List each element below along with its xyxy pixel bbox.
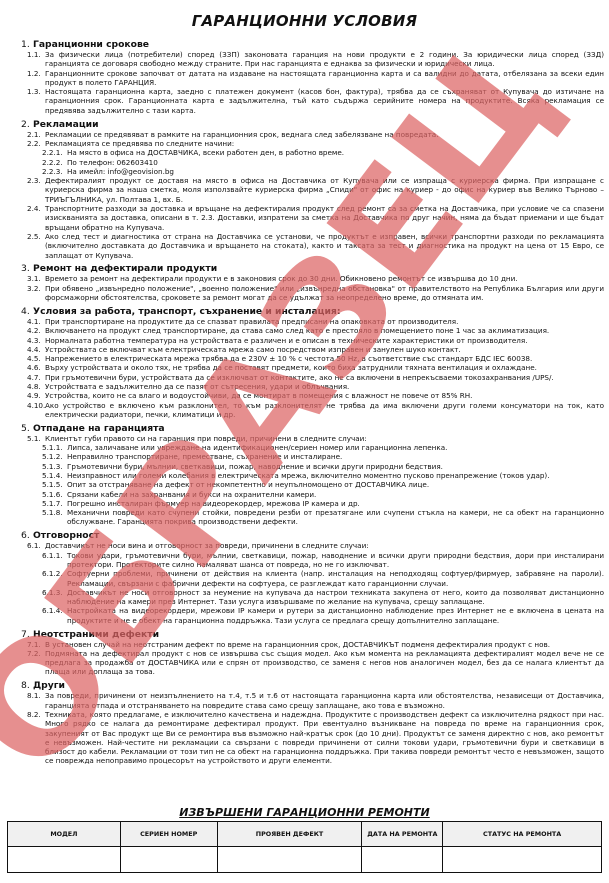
item-text: Клиентът губи правото си на гаранция при… bbox=[45, 434, 604, 443]
section-heading-text: Ремонт на дефектирали продукти bbox=[33, 263, 217, 274]
item-number: 4.9. bbox=[27, 391, 45, 400]
item-number: 4.3. bbox=[27, 336, 45, 345]
item-number: 6.1.1. bbox=[42, 551, 67, 570]
section-number: 4. bbox=[21, 306, 33, 317]
list-item: 2.4.Транспортните разходи за доставка и … bbox=[21, 204, 604, 232]
section-number: 1. bbox=[21, 39, 33, 50]
item-text: Гаранционните срокове започват от датата… bbox=[45, 69, 604, 88]
item-text: На място в офиса на ДОСТАВЧИКА, всеки ра… bbox=[67, 148, 604, 157]
item-text: Механични повреди като счупени стойки, п… bbox=[67, 508, 604, 527]
list-item: 5.1.2.Неправилно транспортиране, премест… bbox=[21, 452, 604, 461]
item-number: 4.10. bbox=[27, 401, 45, 420]
section-heading-text: Рекламации bbox=[33, 119, 99, 130]
section-4: 4.Условия за работа, транспорт, съхранен… bbox=[21, 306, 604, 419]
item-text: Токови удари, гръмотевични бури, мълнии,… bbox=[67, 551, 604, 570]
cell-model[interactable] bbox=[8, 847, 121, 873]
item-text: Погрешно инсталиран фърмуер на видеореко… bbox=[67, 499, 604, 508]
list-item: 4.7.При гръмотевични бури, устройствата … bbox=[21, 373, 604, 382]
section-1: 1.Гаранционни срокове1.1.За физически ли… bbox=[21, 39, 604, 115]
list-item: 5.1.Клиентът губи правото си на гаранция… bbox=[21, 434, 604, 443]
item-number: 4.4. bbox=[27, 345, 45, 354]
item-text: Подмяната на дефектирал продукт с нов се… bbox=[45, 649, 604, 677]
item-text: Напрежението в електрическата мрежа тряб… bbox=[45, 354, 604, 363]
item-text: Неизправност или големи колебания в елек… bbox=[67, 471, 604, 480]
list-item: 6.1.Доставчикът не носи вина и отговорно… bbox=[21, 541, 604, 550]
section-8: 8.Други8.1.За повреди, причинени от неиз… bbox=[21, 680, 604, 765]
repairs-table-header: МОДЕЛ СЕРИЕН НОМЕР ПРОЯВЕН ДЕФЕКТ ДАТА Н… bbox=[8, 822, 602, 847]
list-item: 7.1.В установен случай на неотстраним де… bbox=[21, 640, 604, 649]
item-text: Включването на продукт след транспортира… bbox=[45, 326, 604, 335]
list-item: 4.10.Ако устройство е включено към разкл… bbox=[21, 401, 604, 420]
item-text: За повреди, причинени от неизпълнението … bbox=[45, 691, 604, 710]
repairs-table-title: ИЗВЪРШЕНИ ГАРАНЦИОННИ РЕМОНТИ bbox=[0, 806, 609, 819]
item-number: 6.1.3. bbox=[42, 588, 67, 607]
item-number: 4.2. bbox=[27, 326, 45, 335]
item-text: Върху устройствата и около тях, не трябв… bbox=[45, 363, 604, 372]
item-number: 5.1.8. bbox=[42, 508, 67, 527]
item-text: При гръмотевични бури, устройствата да с… bbox=[45, 373, 604, 382]
item-number: 6.1.2. bbox=[42, 569, 67, 588]
list-item: 2.2.2.По телефон: 062603410 bbox=[21, 158, 604, 167]
section-number: 7. bbox=[21, 629, 33, 640]
item-number: 5.1.6. bbox=[42, 490, 67, 499]
list-item: 8.1.За повреди, причинени от неизпълнени… bbox=[21, 691, 604, 710]
item-text: Липса, заличаване или увреждане на идент… bbox=[67, 443, 604, 452]
item-number: 2.2. bbox=[27, 139, 45, 148]
item-text: Рекламации се предявяват в рамките на га… bbox=[45, 130, 604, 139]
item-text: Срязани кабели на захранвания и букси на… bbox=[67, 490, 604, 499]
list-item: 1.1.За физически лица (потребители) спор… bbox=[21, 50, 604, 69]
item-number: 8.2. bbox=[27, 710, 45, 766]
item-number: 5.1.4. bbox=[42, 471, 67, 480]
list-item: 2.2.1.На място в офиса на ДОСТАВЧИКА, вс… bbox=[21, 148, 604, 157]
section-number: 5. bbox=[21, 423, 33, 434]
section-number: 8. bbox=[21, 680, 33, 691]
list-item: 5.1.8.Механични повреди като счупени сто… bbox=[21, 508, 604, 527]
list-item: 4.4.Устройствата се включват към електри… bbox=[21, 345, 604, 354]
item-number: 2.2.1. bbox=[42, 148, 67, 157]
list-item: 6.1.2.Софтуерни проблеми, причинени от д… bbox=[21, 569, 604, 588]
list-item: 3.1.Времето за ремонт на дефектирали про… bbox=[21, 274, 604, 283]
list-item: 3.2.При обявено „извънредно положение", … bbox=[21, 284, 604, 303]
item-number: 5.1.5. bbox=[42, 480, 67, 489]
list-item: 5.1.5.Опит за отстраняване на дефект от … bbox=[21, 480, 604, 489]
item-number: 2.1. bbox=[27, 130, 45, 139]
item-text: При транспортиране на продуктите да се с… bbox=[45, 317, 604, 326]
list-item: 4.9.Устройства, които не са влаго и водо… bbox=[21, 391, 604, 400]
list-item: 5.1.1.Липса, заличаване или увреждане на… bbox=[21, 443, 604, 452]
item-text: Неправилно транспортиране, преместване, … bbox=[67, 452, 604, 461]
item-text: Устройства, които не са влаго и водоусто… bbox=[45, 391, 604, 400]
list-item: 5.1.7.Погрешно инсталиран фърмуер на вид… bbox=[21, 499, 604, 508]
list-item: 4.1.При транспортиране на продуктите да … bbox=[21, 317, 604, 326]
item-number: 7.2. bbox=[27, 649, 45, 677]
item-text: При обявено „извънредно положение", „вое… bbox=[45, 284, 604, 303]
cell-defect[interactable] bbox=[217, 847, 362, 873]
item-text: Времето за ремонт на дефектирали продукт… bbox=[45, 274, 604, 283]
list-item: 6.1.4.Настройката на видеорекордери, мре… bbox=[21, 606, 604, 625]
item-number: 1.2. bbox=[27, 69, 45, 88]
item-text: Ако след тест и диагностика от страна на… bbox=[45, 232, 604, 260]
list-item: 2.1.Рекламации се предявяват в рамките н… bbox=[21, 130, 604, 139]
item-text: Техниката, която предлагаме, е изключите… bbox=[45, 710, 604, 766]
section-heading: 5.Отпадане на гаранцията bbox=[21, 423, 604, 434]
item-number: 2.5. bbox=[27, 232, 45, 260]
item-number: 3.2. bbox=[27, 284, 45, 303]
cell-serial-number[interactable] bbox=[120, 847, 217, 873]
item-number: 2.2.2. bbox=[42, 158, 67, 167]
item-number: 2.3. bbox=[27, 176, 45, 204]
section-heading-text: Други bbox=[33, 680, 65, 691]
item-text: Доставчикът не носи вина и отговорност з… bbox=[45, 541, 604, 550]
list-item: 2.2.3.На имейл: info@geovision.bg bbox=[21, 167, 604, 176]
section-heading: 8.Други bbox=[21, 680, 604, 691]
section-heading: 6.Отговорност bbox=[21, 530, 604, 541]
col-repair-date: ДАТА НА РЕМОНТА bbox=[362, 822, 443, 847]
warranty-document: ГАРАНЦИОННИ УСЛОВИЯ 1.Гаранционни сроков… bbox=[0, 0, 609, 883]
section-heading-text: Гаранционни срокове bbox=[33, 39, 149, 50]
section-heading-text: Неотстраними дефекти bbox=[33, 629, 159, 640]
item-text: Опит за отстраняване на дефект от некомп… bbox=[67, 480, 604, 489]
list-item: 7.2.Подмяната на дефектирал продукт с но… bbox=[21, 649, 604, 677]
item-number: 1.1. bbox=[27, 50, 45, 69]
list-item: 4.6.Върху устройствата и около тях, не т… bbox=[21, 363, 604, 372]
item-number: 5.1.2. bbox=[42, 452, 67, 461]
item-number: 5.1.1. bbox=[42, 443, 67, 452]
item-text: Нормалната работна температура на устрой… bbox=[45, 336, 604, 345]
list-item: 2.2.Рекламацията се предявява по следнит… bbox=[21, 139, 604, 148]
item-number: 6.1.4. bbox=[42, 606, 67, 625]
col-serial-number: СЕРИЕН НОМЕР bbox=[120, 822, 217, 847]
section-number: 3. bbox=[21, 263, 33, 274]
item-number: 4.6. bbox=[27, 363, 45, 372]
list-item: 6.1.1.Токови удари, гръмотевични бури, м… bbox=[21, 551, 604, 570]
section-heading: 3.Ремонт на дефектирали продукти bbox=[21, 263, 604, 274]
section-heading-text: Отпадане на гаранцията bbox=[33, 423, 165, 434]
item-text: Дефектиралият продукт се доставя на мяст… bbox=[45, 176, 604, 204]
item-text: По телефон: 062603410 bbox=[67, 158, 604, 167]
cell-repair-status[interactable] bbox=[443, 847, 602, 873]
col-repair-status: СТАТУС НА РЕМОНТА bbox=[443, 822, 602, 847]
list-item: 4.5.Напрежението в електрическата мрежа … bbox=[21, 354, 604, 363]
list-item: 8.2.Техниката, която предлагаме, е изклю… bbox=[21, 710, 604, 766]
item-number: 6.1. bbox=[27, 541, 45, 550]
item-text: Настройката на видеорекордери, мрежови I… bbox=[67, 606, 604, 625]
warranty-sections: 1.Гаранционни срокове1.1.За физически ли… bbox=[21, 39, 604, 769]
section-heading: 4.Условия за работа, транспорт, съхранен… bbox=[21, 306, 604, 317]
list-item: 1.2.Гаранционните срокове започват от да… bbox=[21, 69, 604, 88]
item-number: 4.8. bbox=[27, 382, 45, 391]
col-defect: ПРОЯВЕН ДЕФЕКТ bbox=[217, 822, 362, 847]
list-item: 4.8.Устройствата е задължително да се па… bbox=[21, 382, 604, 391]
item-text: Ако устройство е включено към разклоните… bbox=[45, 401, 604, 420]
col-model: МОДЕЛ bbox=[8, 822, 121, 847]
section-2: 2.Рекламации2.1.Рекламации се предявяват… bbox=[21, 119, 604, 260]
section-6: 6.Отговорност6.1.Доставчикът не носи вин… bbox=[21, 530, 604, 625]
item-text: Доставчикът не носи отговорност за неуме… bbox=[67, 588, 604, 607]
item-text: Рекламацията се предявява по следните на… bbox=[45, 139, 604, 148]
item-number: 2.2.3. bbox=[42, 167, 67, 176]
section-3: 3.Ремонт на дефектирали продукти3.1.Врем… bbox=[21, 263, 604, 302]
list-item: 2.5.Ако след тест и диагностика от стран… bbox=[21, 232, 604, 260]
item-number: 5.1.3. bbox=[42, 462, 67, 471]
section-heading-text: Условия за работа, транспорт, съхранение… bbox=[33, 306, 341, 317]
item-text: Гръмотевични бури, мълнии, светкавици, п… bbox=[67, 462, 604, 471]
item-number: 4.5. bbox=[27, 354, 45, 363]
item-number: 1.3. bbox=[27, 87, 45, 115]
item-number: 2.4. bbox=[27, 204, 45, 232]
section-heading-text: Отговорност bbox=[33, 530, 99, 541]
list-item: 2.3.Дефектиралият продукт се доставя на … bbox=[21, 176, 604, 204]
list-item: 5.1.4.Неизправност или големи колебания … bbox=[21, 471, 604, 480]
list-item: 4.3.Нормалната работна температура на ус… bbox=[21, 336, 604, 345]
section-heading: 7.Неотстраними дефекти bbox=[21, 629, 604, 640]
table-row bbox=[8, 847, 602, 873]
item-text: Транспортните разходи за доставка и връщ… bbox=[45, 204, 604, 232]
repairs-table: МОДЕЛ СЕРИЕН НОМЕР ПРОЯВЕН ДЕФЕКТ ДАТА Н… bbox=[7, 821, 602, 873]
section-number: 6. bbox=[21, 530, 33, 541]
list-item: 1.3.Настоящата гаранционна карта, заедно… bbox=[21, 87, 604, 115]
cell-repair-date[interactable] bbox=[362, 847, 443, 873]
item-number: 7.1. bbox=[27, 640, 45, 649]
item-number: 4.1. bbox=[27, 317, 45, 326]
item-text: В установен случай на неотстраним дефект… bbox=[45, 640, 604, 649]
list-item: 5.1.6.Срязани кабели на захранвания и бу… bbox=[21, 490, 604, 499]
item-text: Устройствата е задължително да се пазят … bbox=[45, 382, 604, 391]
section-heading: 2.Рекламации bbox=[21, 119, 604, 130]
list-item: 6.1.3.Доставчикът не носи отговорност за… bbox=[21, 588, 604, 607]
item-text: Настоящата гаранционна карта, заедно с п… bbox=[45, 87, 604, 115]
list-item: 4.2.Включването на продукт след транспор… bbox=[21, 326, 604, 335]
item-text: На имейл: info@geovision.bg bbox=[67, 167, 604, 176]
item-text: За физически лица (потребители) според (… bbox=[45, 50, 604, 69]
section-7: 7.Неотстраними дефекти7.1.В установен сл… bbox=[21, 629, 604, 677]
item-number: 3.1. bbox=[27, 274, 45, 283]
section-5: 5.Отпадане на гаранцията5.1.Клиентът губ… bbox=[21, 423, 604, 527]
section-number: 2. bbox=[21, 119, 33, 130]
item-text: Устройствата се включват към електрическ… bbox=[45, 345, 604, 354]
item-number: 4.7. bbox=[27, 373, 45, 382]
item-text: Софтуерни проблеми, причинени от действи… bbox=[67, 569, 604, 588]
item-number: 8.1. bbox=[27, 691, 45, 710]
section-heading: 1.Гаранционни срокове bbox=[21, 39, 604, 50]
item-number: 5.1. bbox=[27, 434, 45, 443]
list-item: 5.1.3.Гръмотевични бури, мълнии, светкав… bbox=[21, 462, 604, 471]
item-number: 5.1.7. bbox=[42, 499, 67, 508]
document-title: ГАРАНЦИОННИ УСЛОВИЯ bbox=[0, 12, 609, 30]
